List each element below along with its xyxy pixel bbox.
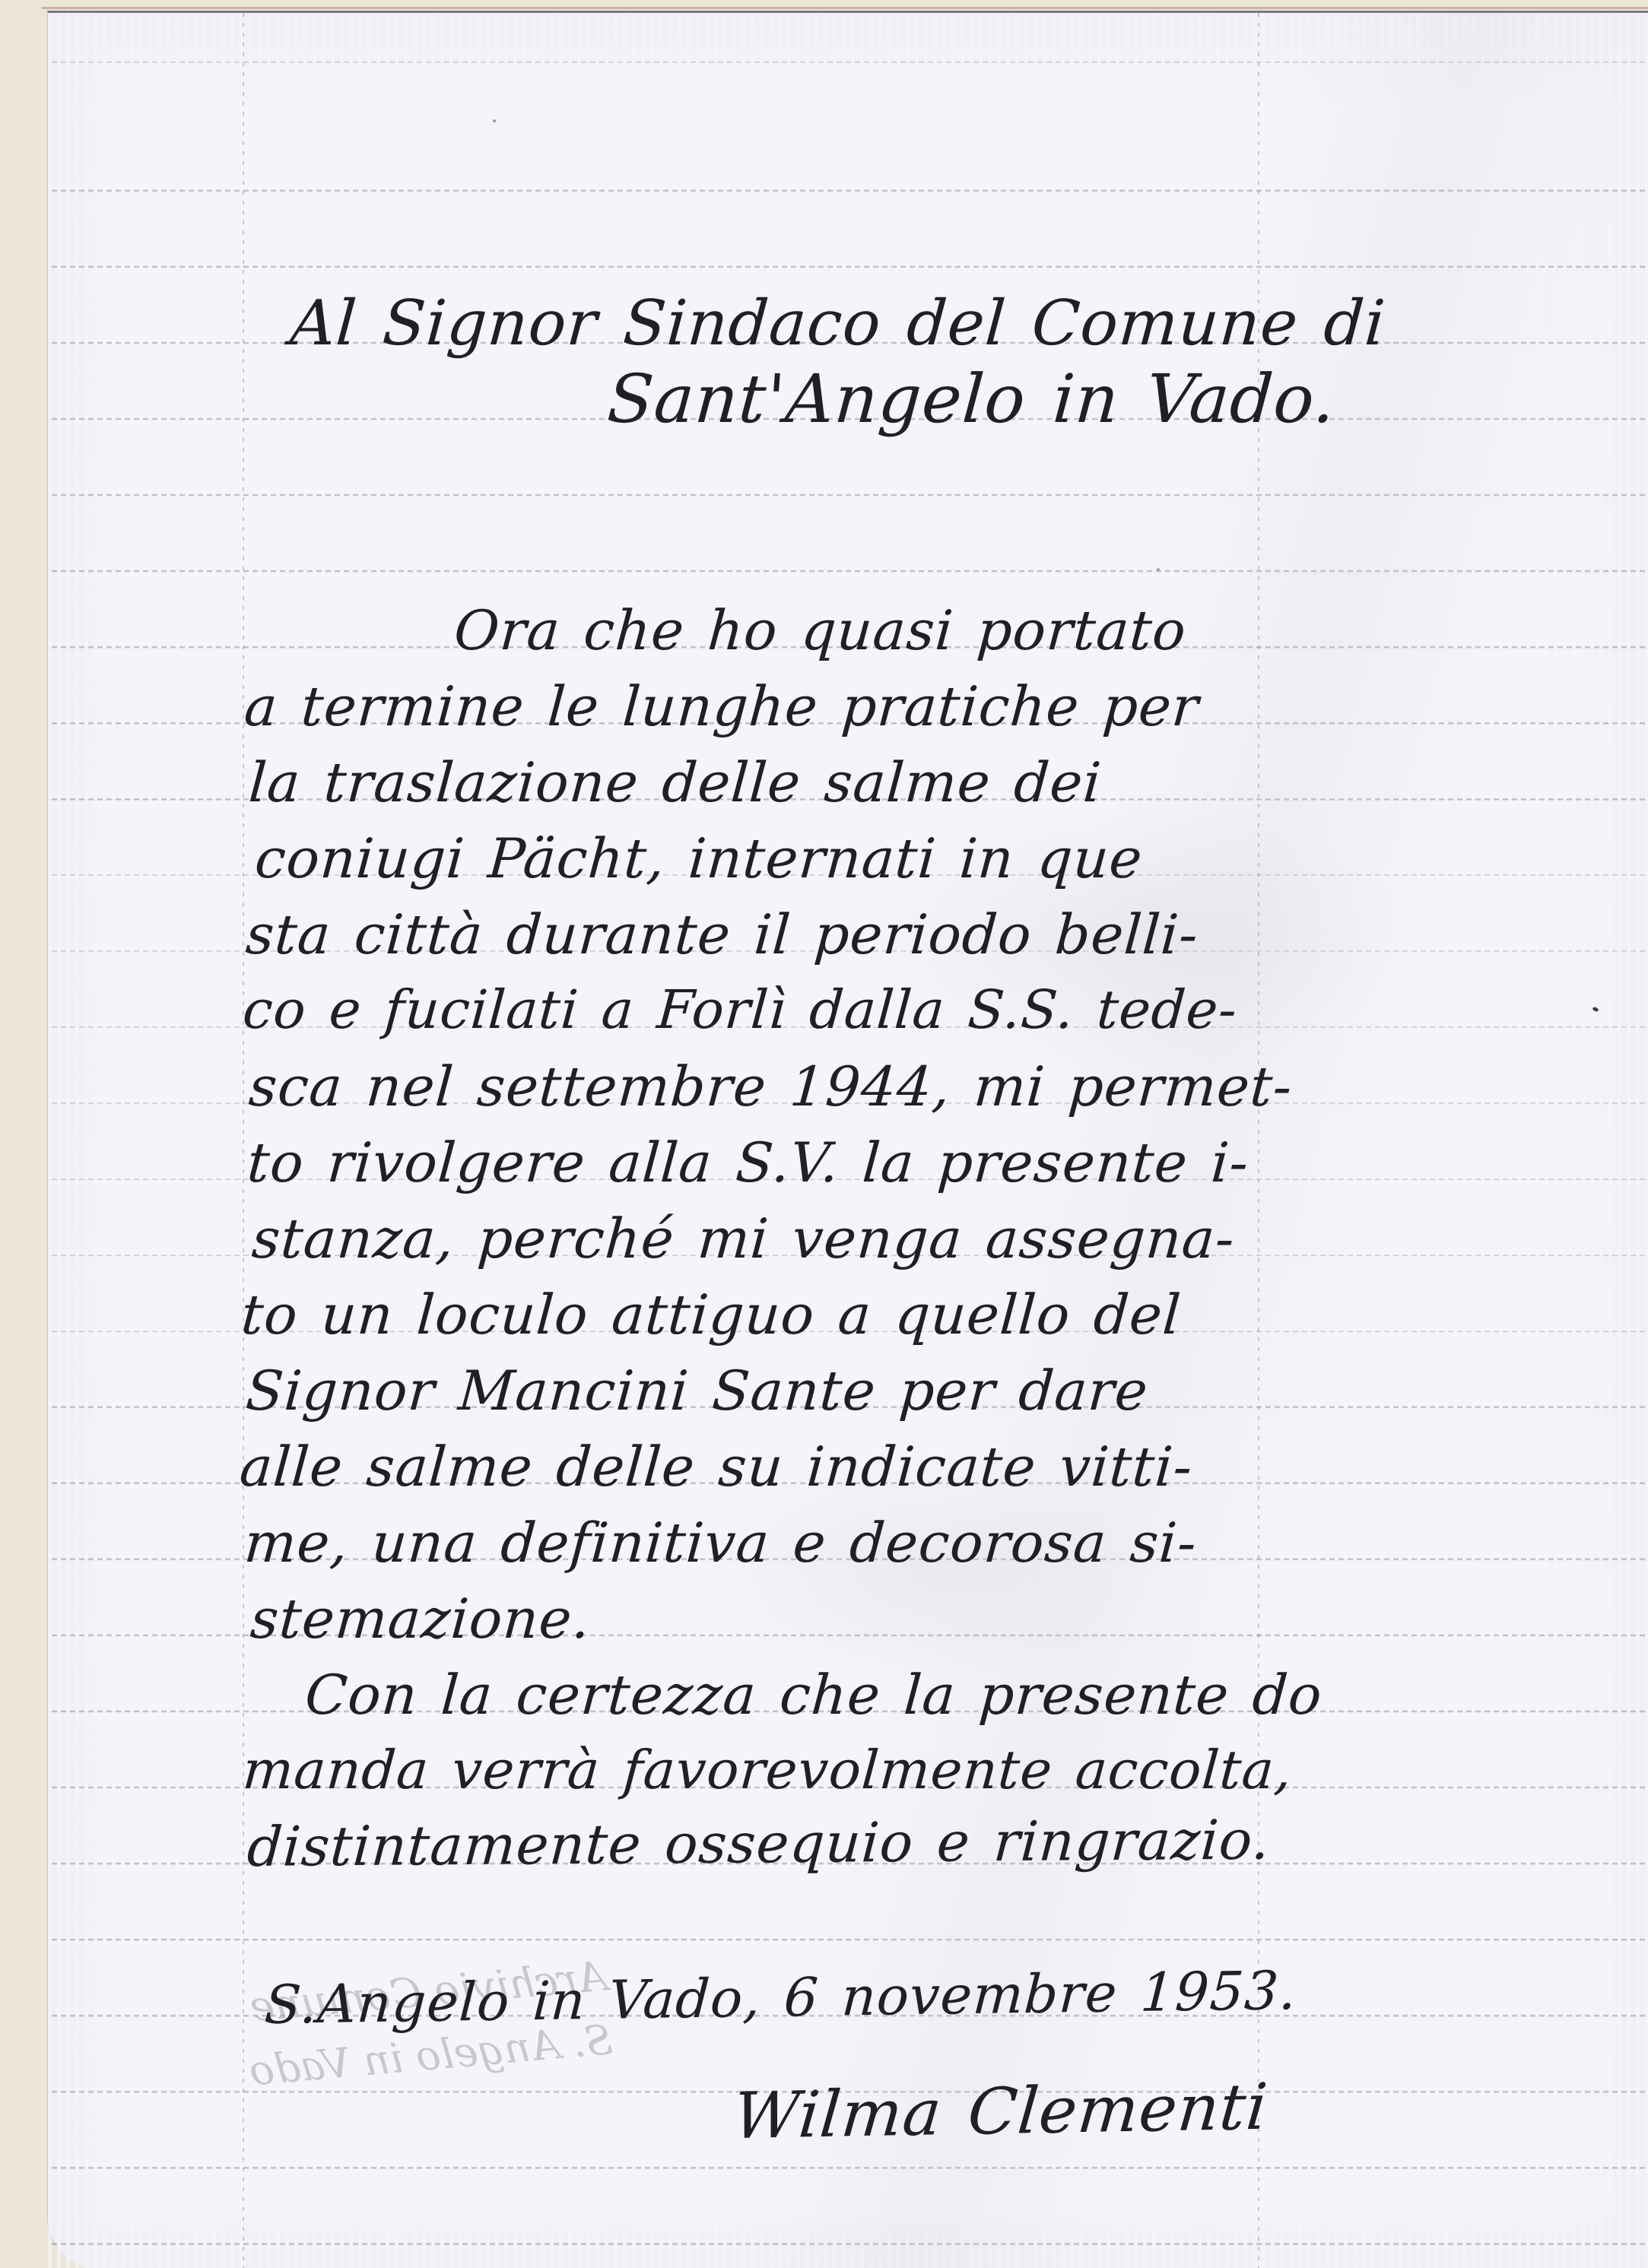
body-line: a termine le lunghe pratiche per [243,679,1201,734]
body-line: alle salme delle su indicate vitti- [238,1439,1195,1494]
body-line: to un loculo attiguo a quello del [240,1287,1183,1342]
scan-speck [346,1152,350,1155]
body-line: me, una definitiva e decorosa si- [243,1515,1199,1570]
signature: Wilma Clementi [731,2075,1271,2148]
letter-paper: Archivio Comune S. Angelo in Vado Al Sig… [47,11,1648,2268]
scan-speck [1157,568,1160,571]
scanned-letter-page: Archivio Comune S. Angelo in Vado Al Sig… [0,0,1648,2268]
recipient-line: Al Signor Sindaco del Comune di [288,293,1388,355]
body-line: to rivolgere alla S.V. la presente i- [246,1135,1251,1190]
body-line: sca nel settembre 1944, mi permet- [247,1059,1294,1114]
place-date-line: S.Angelo in Vado, 6 novembre 1953. [263,1964,1298,2032]
body-line: stemazione. [249,1591,592,1646]
body-line: la traslazione delle salme dei [247,755,1103,810]
body-line: coniugi Pächt, internati in que [253,831,1145,886]
recipient-city-line: Sant'Angelo in Vado. [605,366,1338,433]
scan-edge-tint [42,7,1648,9]
body-line: stanza, perché mi venga assegna- [250,1211,1237,1266]
body-line: Ora che ho quasi portato [452,603,1188,658]
body-line: distintamente ossequio e ringrazio. [246,1813,1272,1874]
body-line: Con la certezza che la presente do [303,1667,1324,1722]
body-line: manda verrà favorevolmente accolta, [241,1743,1294,1797]
body-line: Signor Mancini Sante per dare [244,1363,1150,1418]
body-line: co e fucilati a Forlì dalla S.S. tede- [241,983,1239,1036]
scan-speck [493,119,496,122]
body-line: sta città durante il periodo belli- [244,907,1200,962]
fold-crease-left [243,13,244,2268]
